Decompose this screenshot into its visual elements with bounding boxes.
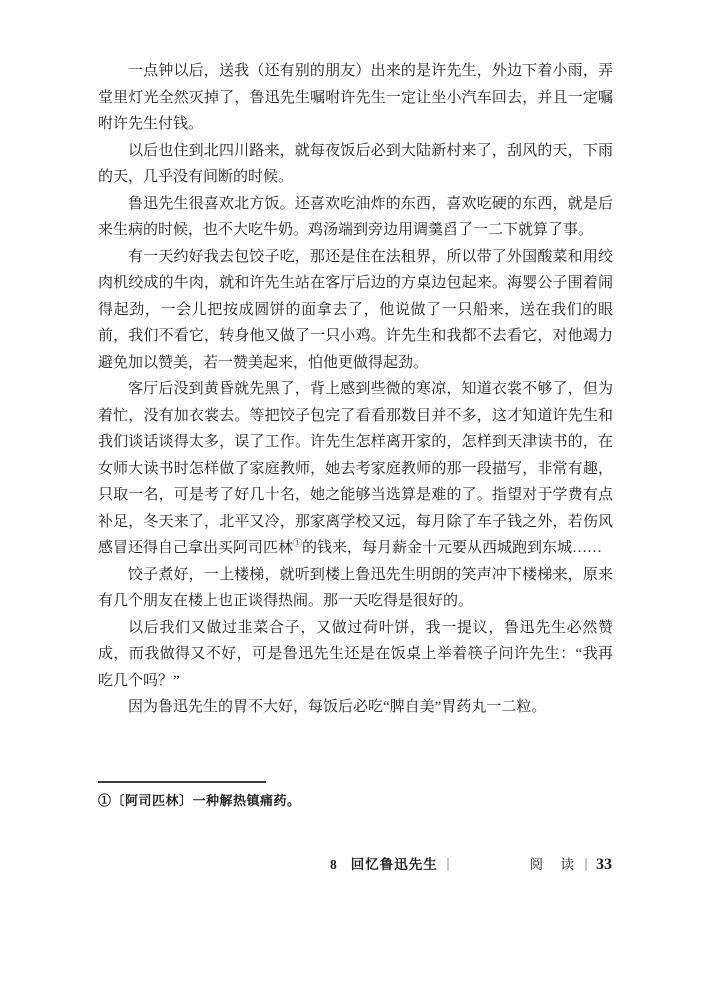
lesson-body-text: 一点钟以后，送我（还有别的朋友）出来的是许先生，外边下着小雨，弄堂里灯光全然灭掉… — [98, 58, 613, 721]
footnote-text: 〔阿司匹林〕一种解热镇痛药。 — [112, 793, 301, 808]
paragraph: 以后也住到北四川路来，就每夜饭后必到大陆新村来了，刮风的天，下雨的天，几乎没有间… — [98, 138, 613, 191]
paragraph: 以后我们又做过韭菜合子，又做过荷叶饼，我一提议，鲁迅先生必然赞成，而我做得又不好… — [98, 615, 613, 695]
paragraph: 一点钟以后，送我（还有别的朋友）出来的是许先生，外边下着小雨，弄堂里灯光全然灭掉… — [98, 58, 613, 138]
page-footer: 8回忆鲁迅先生 阅 读33 — [0, 853, 701, 875]
footer-page-info: 阅 读33 — [530, 853, 613, 874]
paragraph: 鲁迅先生很喜欢北方饭。还喜欢吃油炸的东西，喜欢吃硬的东西，就是后来生病的时候，也… — [98, 191, 613, 244]
paragraph: 有一天约好我去包饺子吃，那还是住在法租界，所以带了外国酸菜和用绞肉机绞成的牛肉，… — [98, 244, 613, 377]
footnote-area: ①〔阿司匹林〕一种解热镇痛药。 — [98, 781, 613, 810]
paragraph: 客厅后没到黄昏就先黑了，背上感到些微的寒凉，知道衣裳不够了，但为着忙，没有加衣裳… — [98, 376, 613, 562]
paragraph: 因为鲁迅先生的胃不大好，每饭后必吃“脾自美”胃药丸一二粒。 — [98, 694, 613, 721]
textbook-page: 一点钟以后，送我（还有别的朋友）出来的是许先生，外边下着小雨，弄堂里灯光全然灭掉… — [0, 0, 701, 991]
footnote-marker: ① — [98, 793, 112, 808]
footer-separator-bar — [447, 858, 449, 871]
paragraph: 饺子煮好，一上楼梯，就听到楼上鲁迅先生明朗的笑声冲下楼梯来，原来有几个朋友在楼上… — [98, 562, 613, 615]
page-number: 33 — [596, 856, 612, 873]
lesson-number: 8 — [330, 857, 337, 872]
footer-lesson-info: 8回忆鲁迅先生 — [330, 853, 458, 873]
paragraph-text: 的钱来，每月薪金十元要从西城跑到东城…… — [302, 540, 602, 556]
footnote-divider-rule — [98, 781, 266, 783]
lesson-title: 回忆鲁迅先生 — [351, 857, 438, 872]
footnote-reference-mark: ① — [293, 538, 302, 548]
footnote: ①〔阿司匹林〕一种解热镇痛药。 — [98, 792, 613, 810]
paragraph-text: 客厅后没到黄昏就先黑了，背上感到些微的寒凉，知道衣裳不够了，但为着忙，没有加衣裳… — [98, 381, 613, 556]
section-label: 阅 读 — [530, 857, 577, 872]
footer-separator-bar — [585, 858, 587, 871]
